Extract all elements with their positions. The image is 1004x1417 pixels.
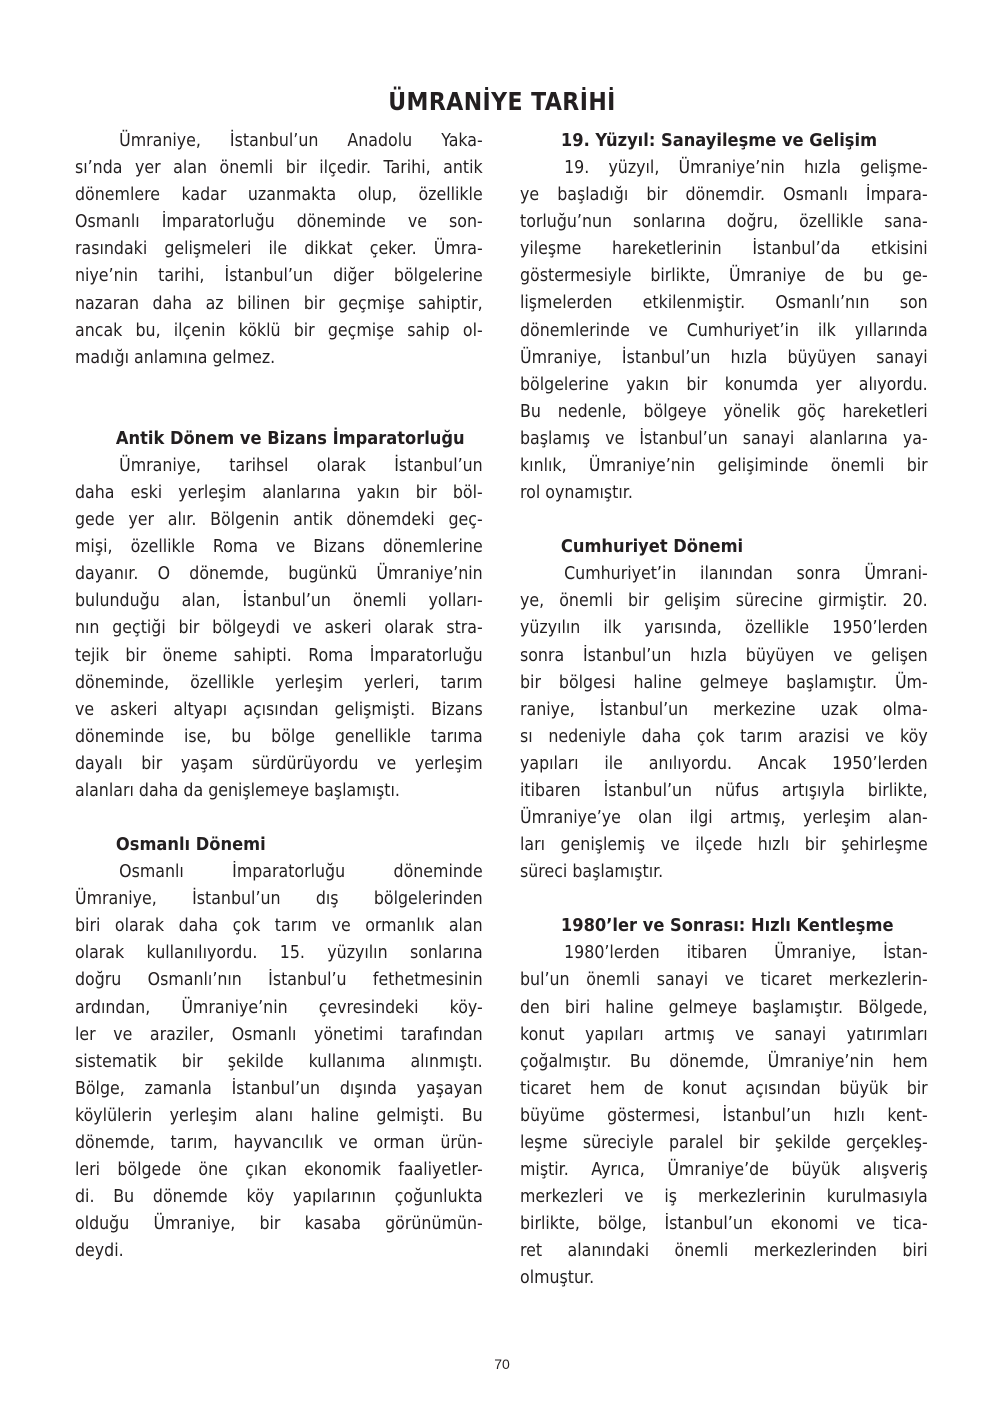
page-title: ÜMRANİYE TARİHİ bbox=[60, 87, 944, 116]
text-line: Ümraniye’ye olan ilgi artmış, yerleşim a… bbox=[520, 805, 928, 832]
text-line: yapıları ile anılıyordu. Ancak 1950’lerd… bbox=[520, 751, 928, 778]
text-line: ye başladığı bir dönemdir. Osmanlı İmpar… bbox=[520, 182, 928, 209]
text-line: ardından, Ümraniye’nin çevresindeki köy- bbox=[75, 995, 483, 1022]
text-line: di. Bu dönemde köy yapılarının çoğunlukt… bbox=[75, 1184, 483, 1211]
text-line: doğru Osmanlı’nın İstanbul’u fethetmesin… bbox=[75, 967, 483, 994]
text-line: torluğu’nun sonlarına doğru, özellikle s… bbox=[520, 209, 928, 236]
left-column: Ümraniye, İstanbul’un Anadolu Yaka-sı’nd… bbox=[75, 128, 483, 1265]
section-antik-donem: Antik Dönem ve Bizans İmparatorluğu Ümra… bbox=[75, 426, 483, 805]
paragraph-osmanli-donemi: Osmanlı İmparatorluğu dönemindeÜmraniye,… bbox=[75, 859, 483, 1265]
text-line: deydi. bbox=[75, 1238, 483, 1265]
text-line: olduğu Ümraniye, bir kasaba görünümün- bbox=[75, 1211, 483, 1238]
text-line: merkezleri ve iş merkezlerinin kurulması… bbox=[520, 1184, 928, 1211]
page-number: 70 bbox=[0, 1356, 1004, 1372]
text-line: olmuştur. bbox=[520, 1265, 928, 1292]
text-line: sonra İstanbul’un hızla büyüyen ve geliş… bbox=[520, 643, 928, 670]
text-line: bölgelerine yakın bir konumda yer alıyor… bbox=[520, 372, 928, 399]
text-line: köylülerin yerleşim alanı haline gelmişt… bbox=[75, 1103, 483, 1130]
text-line: ancak bu, ilçenin köklü bir geçmişe sahi… bbox=[75, 318, 483, 345]
text-line: yileşme hareketlerinin İstanbul’da etkis… bbox=[520, 236, 928, 263]
text-line: leşme süreciyle paralel bir şekilde gerç… bbox=[520, 1130, 928, 1157]
section-heading: Antik Dönem ve Bizans İmparatorluğu bbox=[75, 426, 454, 453]
paragraph-intro: Ümraniye, İstanbul’un Anadolu Yaka-sı’nd… bbox=[75, 128, 483, 372]
section-heading: Osmanlı Dönemi bbox=[75, 832, 454, 859]
text-line: büyüme göstermesi, İstanbul’un hızlı ken… bbox=[520, 1103, 928, 1130]
text-line: gede yer alır. Bölgenin antik dönemdeki … bbox=[75, 507, 483, 534]
text-line: ye, önemli bir gelişim sürecine girmişti… bbox=[520, 588, 928, 615]
text-line: lişmelerden etkilenmiştir. Osmanlı’nın s… bbox=[520, 290, 928, 317]
text-line: ret alanındaki önemli merkezlerinden bir… bbox=[520, 1238, 928, 1265]
text-line: Ümraniye, İstanbul’un hızla büyüyen sana… bbox=[520, 345, 928, 372]
text-line: Osmanlı İmparatorluğu döneminde bbox=[75, 859, 483, 886]
text-line: dönemlerinde ve Cumhuriyet’in ilk yıllar… bbox=[520, 318, 928, 345]
text-line: miştir. Ayrıca, Ümraniye’de büyük alışve… bbox=[520, 1157, 928, 1184]
text-line: dönemde, tarım, hayvancılık ve orman ürü… bbox=[75, 1130, 483, 1157]
text-line: madığı anlamına gelmez. bbox=[75, 345, 483, 372]
text-line: çoğalmıştır. Bu dönemde, Ümraniye’nin he… bbox=[520, 1049, 928, 1076]
text-line: niye’nin tarihi, İstanbul’un diğer bölge… bbox=[75, 263, 483, 290]
text-line: başlamış ve İstanbul’un sanayi alanların… bbox=[520, 426, 928, 453]
text-line: yüzyılın ilk yarısında, özellikle 1950’l… bbox=[520, 615, 928, 642]
section-19-yuzyil: 19. Yüzyıl: Sanayileşme ve Gelişim 19. y… bbox=[520, 128, 928, 507]
text-line: birlikte, bölge, İstanbul’un ekonomi ve … bbox=[520, 1211, 928, 1238]
section-heading: 1980’ler ve Sonrası: Hızlı Kentleşme bbox=[520, 913, 899, 940]
text-line: den biri haline gelmeye başlamıştır. Böl… bbox=[520, 995, 928, 1022]
text-line: leri bölgede öne çıkan ekonomik faaliyet… bbox=[75, 1157, 483, 1184]
paragraph-1980ler: 1980’lerden itibaren Ümraniye, İstan-bul… bbox=[520, 940, 928, 1292]
text-line: Osmanlı İmparatorluğu döneminde ve son- bbox=[75, 209, 483, 236]
text-line: dönemlere kadar uzanmakta olup, özellikl… bbox=[75, 182, 483, 209]
text-line: döneminde ise, bu bölge genellikle tarım… bbox=[75, 724, 483, 751]
text-line: nın geçtiği bir bölgeydi ve askeri olara… bbox=[75, 615, 483, 642]
text-line: döneminde, özellikle yerleşim yerleri, t… bbox=[75, 670, 483, 697]
paragraph-19-yuzyil: 19. yüzyıl, Ümraniye’nin hızla gelişme-y… bbox=[520, 155, 928, 507]
text-line: Bölge, zamanla İstanbul’un dışında yaşay… bbox=[75, 1076, 483, 1103]
section-1980ler: 1980’ler ve Sonrası: Hızlı Kentleşme 198… bbox=[520, 913, 928, 1292]
section-cumhuriyet-donemi: Cumhuriyet Dönemi Cumhuriyet’in ilanında… bbox=[520, 534, 928, 886]
text-line: bul’un önemli sanayi ve ticaret merkezle… bbox=[520, 967, 928, 994]
text-line: ler ve araziler, Osmanlı yönetimi tarafı… bbox=[75, 1022, 483, 1049]
text-line: sı nedeniyle daha çok tarım arazisi ve k… bbox=[520, 724, 928, 751]
text-line: rasındaki gelişmeleri ile dikkat çeker. … bbox=[75, 236, 483, 263]
text-line: tejik bir öneme sahipti. Roma İmparatorl… bbox=[75, 643, 483, 670]
text-line: itibaren İstanbul’un nüfus artışıyla bir… bbox=[520, 778, 928, 805]
paragraph-antik-donem: Ümraniye, tarihsel olarak İstanbul’undah… bbox=[75, 453, 483, 805]
section-heading: 19. Yüzyıl: Sanayileşme ve Gelişim bbox=[520, 128, 899, 155]
text-line: 19. yüzyıl, Ümraniye’nin hızla gelişme- bbox=[520, 155, 928, 182]
text-line: mişi, özellikle Roma ve Bizans dönemleri… bbox=[75, 534, 483, 561]
text-line: bir bölgesi haline gelmeye başlamıştır. … bbox=[520, 670, 928, 697]
text-line: Ümraniye, tarihsel olarak İstanbul’un bbox=[75, 453, 483, 480]
text-line: Ümraniye, İstanbul’un Anadolu Yaka- bbox=[75, 128, 483, 155]
text-line: konut yapıları artmış ve sanayi yatırıml… bbox=[520, 1022, 928, 1049]
text-line: dayanır. O dönemde, bugünkü Ümraniye’nin bbox=[75, 561, 483, 588]
text-line: daha eski yerleşim alanlarına yakın bir … bbox=[75, 480, 483, 507]
right-column: 19. Yüzyıl: Sanayileşme ve Gelişim 19. y… bbox=[520, 128, 928, 1293]
text-line: sı’nda yer alan önemli bir ilçedir. Tari… bbox=[75, 155, 483, 182]
section-intro: Ümraniye, İstanbul’un Anadolu Yaka-sı’nd… bbox=[75, 128, 483, 372]
text-line: ve askeri altyapı açısından gelişmişti. … bbox=[75, 697, 483, 724]
text-line: ları genişlemiş ve ilçede hızlı bir şehi… bbox=[520, 832, 928, 859]
text-line: göstermesiyle birlikte, Ümraniye de bu g… bbox=[520, 263, 928, 290]
text-line: süreci başlamıştır. bbox=[520, 859, 928, 886]
text-line: Cumhuriyet’in ilanından sonra Ümrani- bbox=[520, 561, 928, 588]
text-line: olarak kullanılıyordu. 15. yüzyılın sonl… bbox=[75, 940, 483, 967]
text-line: kınlık, Ümraniye’nin gelişiminde önemli … bbox=[520, 453, 928, 480]
text-line: sistematik bir şekilde kullanıma alınmış… bbox=[75, 1049, 483, 1076]
text-line: biri olarak daha çok tarım ve ormanlık a… bbox=[75, 913, 483, 940]
text-line: bulunduğu alan, İstanbul’un önemli yolla… bbox=[75, 588, 483, 615]
text-line: ticaret hem de konut açısından büyük bir bbox=[520, 1076, 928, 1103]
text-line: Ümraniye, İstanbul’un dış bölgelerinden bbox=[75, 886, 483, 913]
text-line: 1980’lerden itibaren Ümraniye, İstan- bbox=[520, 940, 928, 967]
text-line: alanları daha da genişlemeye başlamıştı. bbox=[75, 778, 483, 805]
text-line: raniye, İstanbul’un merkezine uzak olma- bbox=[520, 697, 928, 724]
text-line: dayalı bir yaşam sürdürüyordu ve yerleşi… bbox=[75, 751, 483, 778]
text-line: nazaran daha az bilinen bir geçmişe sahi… bbox=[75, 291, 483, 318]
section-heading: Cumhuriyet Dönemi bbox=[520, 534, 899, 561]
paragraph-cumhuriyet-donemi: Cumhuriyet’in ilanından sonra Ümrani-ye,… bbox=[520, 561, 928, 886]
text-line: rol oynamıştır. bbox=[520, 480, 928, 507]
section-osmanli-donemi: Osmanlı Dönemi Osmanlı İmparatorluğu dön… bbox=[75, 832, 483, 1265]
text-line: Bu nedenle, bölgeye yönelik göç hareketl… bbox=[520, 399, 928, 426]
